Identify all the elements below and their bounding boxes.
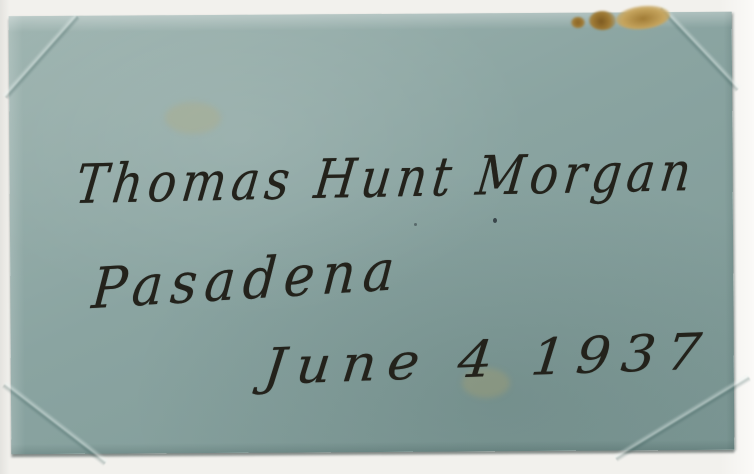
corner-crease-top-left xyxy=(2,13,80,100)
corner-crease-top-right xyxy=(658,5,741,93)
scan-backdrop: Thomas Hunt Morgan Pasadena June 4 1937 xyxy=(0,0,754,474)
corner-crease-bottom-right xyxy=(613,373,751,462)
handwriting-signature-line: Thomas Hunt Morgan xyxy=(73,145,699,212)
handwriting-date-line: June 4 1937 xyxy=(261,326,714,392)
corner-crease-bottom-left xyxy=(2,381,109,466)
